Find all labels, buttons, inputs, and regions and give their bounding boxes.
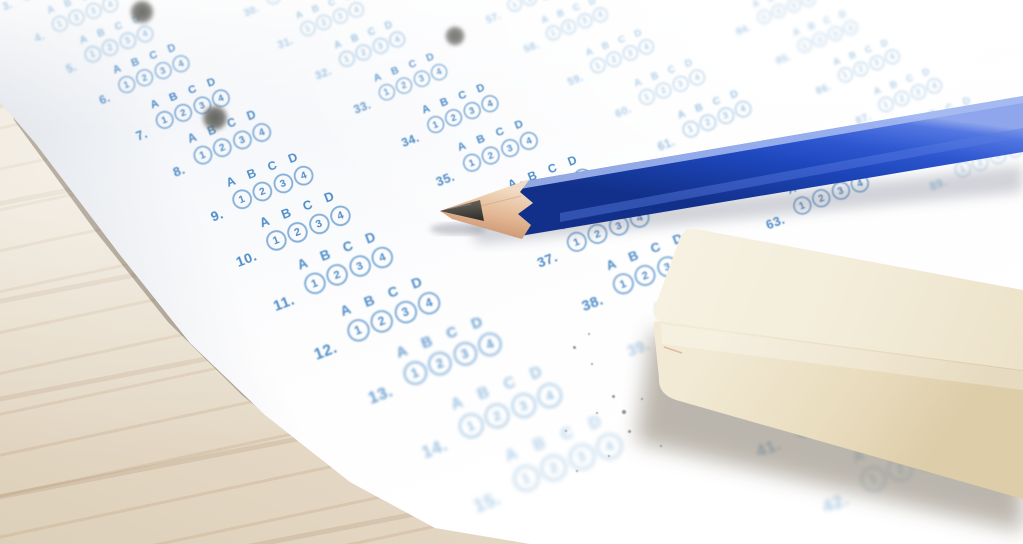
option-bubble-3: 3 [370,36,391,57]
option-letter-B: B [435,94,453,111]
option-bubble-4: 4 [134,23,156,45]
option-letter-C: C [941,100,957,115]
question-number: 13. [366,383,396,409]
paper-edge-shading [0,0,1023,544]
question-number: 88. [891,141,911,159]
option-letter-C: C [183,81,201,98]
option-bubble-4: 4 [250,120,274,144]
option-bubble-2: 2 [133,66,156,89]
option-bubble-1: 1 [656,314,685,343]
eraser-crumb-speck [588,333,590,335]
question-row-8: 8.ABCD1234 [152,85,314,190]
option-bubble-1: 1 [790,194,814,218]
option-letter-A: A [600,255,621,275]
option-bubble-3: 3 [411,68,433,90]
option-bubble-3: 3 [908,82,928,102]
question-row-89: 89.ABCD1234 [918,107,1023,201]
question-number: 38. [579,292,606,315]
option-letter-C: C [663,62,679,77]
question-number: 39. [625,337,653,361]
option-letter-D: D [283,148,303,167]
option-letter-B: B [386,62,403,78]
option-bubble-4: 4 [726,287,755,316]
option-letter-B: B [553,6,568,20]
option-bubble-1: 1 [636,87,657,108]
option-bubble-4: 4 [592,429,626,463]
question-number: 30. [242,3,261,19]
option-letter-C: C [693,279,716,300]
option-letter-A: A [452,138,470,155]
option-letter-D: D [380,17,396,32]
option-letter-D: D [242,106,261,124]
option-bubble-1: 1 [835,65,855,85]
question-row-12: 12.ABCD1234 [298,247,493,373]
option-letter-A: A [845,443,871,468]
question-number: 61. [656,136,677,154]
option-letter-B: B [59,0,75,10]
option-bubble-3: 3 [449,339,480,370]
option-letter-A: A [329,37,345,52]
option-letter-C: C [543,159,562,177]
option-letter-C: C [440,321,464,344]
option-letter-C: C [829,372,854,396]
option-letter-B: B [241,164,261,183]
eraser-crumb-speck [596,412,598,414]
question-number: 32. [313,65,333,83]
option-letter-A: A [749,0,763,11]
option-letter-A: A [503,175,522,193]
option-letter-B: B [802,173,821,191]
option-letter-A: A [292,254,314,275]
option-letter-A: A [537,12,552,26]
option-bubble-2: 2 [769,2,787,20]
option-bubble-2: 2 [479,144,503,168]
option-bubble-3: 3 [910,441,944,475]
option-bubble-4: 4 [627,205,653,231]
option-letter-A: A [581,44,597,59]
option-letter-A: A [829,54,844,68]
question-number: 10. [234,249,260,271]
option-letter-D: D [618,190,638,209]
eraser-crumb-speck [660,445,662,447]
option-bubble-3: 3 [507,390,540,423]
option-bubble-1: 1 [788,410,820,442]
question-number: 6. [91,91,113,110]
option-letter-D: D [667,229,688,249]
option-letter-B: B [623,246,644,266]
option-bubble-3: 3 [948,112,969,133]
option-letter-C: C [597,198,617,217]
option-bubble-2: 2 [66,7,87,28]
option-letter-A: A [334,299,357,321]
question-row-15: 15.ABCD1234 [455,380,684,529]
option-bubble-3: 3 [867,53,887,73]
question-row-87: 87.ABCD1234 [844,47,977,134]
option-bubble-4: 4 [533,379,566,412]
option-bubble-4: 4 [517,129,541,153]
option-letter-D: D [510,116,528,133]
option-bubble-1: 1 [460,151,484,175]
option-letter-D: D [927,412,953,437]
question-number: 63. [764,213,787,233]
option-bubble-4: 4 [591,5,611,25]
option-bubble-3: 3 [670,74,691,95]
option-bubble-4: 4 [414,289,443,318]
eraser-crumb-speck [573,346,576,349]
option-letter-C: C [820,13,835,27]
question-number: 87. [854,111,873,128]
option-bubble-2: 2 [481,400,514,433]
option-bubble-3: 3 [83,1,104,22]
question-row-86: 86.ABCD1234 [805,19,935,103]
option-bubble-2: 2 [892,88,912,108]
option-letter-D: D [584,0,599,8]
option-letter-D: D [717,270,740,291]
question-number: 57. [484,10,502,26]
option-bubble-1: 1 [563,229,589,255]
option-bubble-2: 2 [99,37,121,59]
option-bubble-1: 1 [914,125,935,146]
option-letter-B: B [764,0,778,5]
option-letter-A: A [869,83,885,98]
question-number: 36. [484,208,508,229]
question-number: 59. [566,72,585,89]
option-bubble-1: 1 [229,187,255,213]
question-row-35: 35.ABCD1234 [423,95,580,197]
eraser-crumb-speck [622,410,626,414]
question-number: 35. [434,170,457,190]
option-letter-D: D [630,25,646,40]
option-bubble-2: 2 [584,221,610,247]
option-letter-D: D [202,73,220,90]
eraser-crumb-speck [862,447,864,449]
question-number: 58. [522,39,541,55]
option-letter-C: C [490,123,508,140]
overexposure-top-right [0,0,1023,544]
option-bubble-2: 2 [442,106,465,129]
eraser-crumb-speck [835,440,838,443]
option-letter-A: A [369,69,386,85]
option-letter-B: B [576,206,596,225]
option-letter-A: A [108,61,126,78]
option-letter-C: C [980,133,997,149]
option-bubble-4: 4 [865,380,897,412]
option-bubble-2: 2 [393,75,415,97]
eraser-crumb-speck [628,430,631,433]
option-bubble-4: 4 [100,0,121,15]
option-bubble-2: 2 [679,305,708,334]
option-bubble-3: 3 [461,99,484,122]
question-row-63: 63.ABCD1234 [753,137,912,240]
question-row-34: 34.ABCD1234 [389,60,539,157]
question-row-60: 60.ABCD1234 [604,37,743,127]
option-bubble-1: 1 [336,49,357,70]
option-bubble-1: 1 [190,143,214,167]
option-bubble-1: 1 [263,227,290,254]
option-bubble-1: 1 [509,461,543,495]
question-number: 12. [311,339,339,364]
option-bubble-2: 2 [697,112,719,134]
option-letter-A: A [673,106,690,122]
eraser-crumb-speck [565,430,567,432]
option-bubble-1: 1 [609,270,636,297]
option-letter-C: C [821,165,840,183]
option-letter-C: C [497,371,522,395]
option-letter-B: B [276,204,297,224]
option-letter-A: A [42,2,58,17]
option-bubble-4: 4 [1004,138,1023,160]
overexposure-right [0,0,1023,544]
question-row-42: 42.ABCD1234 [804,383,1023,528]
option-bubble-3: 3 [330,6,350,26]
option-bubble-3: 3 [550,173,575,198]
option-bubble-3: 3 [715,105,737,127]
question-number: 60. [613,103,633,121]
question-number: 84. [734,22,752,38]
option-bubble-2: 2 [424,348,455,379]
option-letter-B: B [346,30,362,45]
option-letter-B: B [804,19,819,33]
option-bubble-4: 4 [965,105,986,126]
option-letter-D: D [421,49,438,65]
option-bubble-1: 1 [399,358,430,389]
option-letter-C: C [645,237,666,257]
option-bubble-2: 2 [279,0,299,1]
eraser-crumb-speck [612,395,615,398]
option-letter-B: B [202,121,221,139]
option-bubble-3: 3 [306,211,333,238]
option-bubble-1: 1 [755,8,773,26]
option-letter-B: B [523,167,542,185]
question-row-10: 10.ABCD1234 [221,165,398,280]
option-bubble-2: 2 [530,181,555,206]
option-letter-C: C [708,93,725,109]
option-letter-B: B [670,288,693,309]
option-letter-A: A [75,31,92,47]
option-letter-B: B [307,1,323,16]
option-letter-D: D [562,152,581,170]
option-letter-C: C [222,114,241,132]
option-bubble-1: 1 [376,81,398,103]
question-number: 4. [26,30,46,48]
option-bubble-1: 1 [510,189,535,214]
option-bubble-3: 3 [703,296,732,325]
option-letter-C: C [453,87,471,104]
option-letter-D: D [581,409,608,435]
option-letter-B: B [646,68,662,83]
option-bubble-4: 4 [924,76,944,96]
option-letter-D: D [127,11,144,27]
option-bubble-3: 3 [536,0,555,2]
option-letter-C: C [262,156,282,175]
option-bubble-3: 3 [152,59,175,82]
option-letter-C: C [569,0,584,14]
option-letter-B: B [885,77,901,92]
option-letter-A: A [907,113,923,128]
option-letter-D: D [340,0,356,3]
option-letter-A: A [389,340,413,363]
option-bubble-1: 1 [115,73,138,96]
option-letter-D: D [465,311,489,334]
option-bubble-3: 3 [270,171,296,197]
option-letter-C: C [614,32,630,47]
option-letter-C: C [363,24,379,39]
option-bubble-3: 3 [346,252,374,280]
question-row-13: 13.ABCD1234 [351,285,556,418]
option-letter-A: A [221,172,241,191]
option-bubble-4: 4 [346,0,366,20]
question-row-58: 58.ABCD1234 [513,0,643,61]
option-bubble-2: 2 [814,400,846,432]
question-row-38: 38.ABCD1234 [567,206,749,324]
option-letter-A: A [629,75,645,90]
option-bubble-4: 4 [479,92,502,115]
question-row-36: 36.ABCD1234 [472,130,636,236]
option-bubble-4: 4 [636,37,656,57]
question-row-30: 30.ABCD1234 [233,0,363,25]
option-letter-B: B [414,330,438,353]
option-letter-C: C [553,420,580,446]
question-row-88: 88.ABCD1234 [882,75,1021,165]
option-letter-B: B [962,139,979,155]
option-bubble-2: 2 [323,261,351,289]
option-bubble-2: 2 [883,452,917,486]
option-letter-D: D [725,86,742,102]
option-bubble-4: 4 [428,61,450,83]
option-letter-A: A [291,7,307,22]
option-bubble-4: 4 [291,163,317,189]
option-letter-B: B [924,106,940,121]
option-letter-B: B [690,99,707,115]
question-number: 15. [471,489,504,518]
option-bubble-2: 2 [653,80,674,101]
option-bubble-1: 1 [301,270,329,298]
option-bubble-4: 4 [209,87,232,110]
option-letter-D: D [680,55,696,70]
question-number: 41. [753,435,784,462]
option-bubble-2: 2 [536,451,570,485]
option-letter-B: B [471,130,489,147]
option-letter-C: C [76,0,92,4]
option-bubble-1: 1 [17,0,37,3]
option-bubble-1: 1 [856,462,890,496]
option-letter-D: D [319,187,340,207]
question-number: 31. [276,35,295,52]
option-bubble-3: 3 [564,440,598,474]
option-letter-C: C [404,56,421,72]
question-number: 8. [164,163,188,184]
option-bubble-4: 4 [841,18,860,37]
option-letter-A: A [254,212,275,232]
option-letter-A: A [945,146,962,162]
option-letter-A: A [417,101,435,118]
option-bubble-2: 2 [851,59,871,79]
question-row-32: 32.ABCD1234 [304,0,443,89]
option-bubble-1: 1 [680,118,702,140]
question-number: 37. [535,250,560,272]
option-bubble-1: 1 [505,0,524,14]
question-number: 89. [928,176,949,194]
option-bubble-4: 4 [799,0,817,9]
option-bubble-3: 3 [839,390,871,422]
option-bubble-1: 1 [82,43,104,65]
option-bubble-3: 3 [653,253,680,280]
option-letter-D: D [835,7,850,21]
option-bubble-2: 2 [931,118,952,139]
question-row-11: 11.ABCD1234 [257,204,443,324]
option-bubble-4: 4 [570,166,595,191]
question-row-33: 33.ABCD1234 [342,30,486,124]
option-bubble-3: 3 [987,145,1009,167]
option-letter-A: A [444,391,469,415]
option-bubble-3: 3 [605,213,631,239]
option-letter-A: A [789,25,804,39]
option-bubble-4: 4 [938,431,972,465]
option-letter-D: D [472,80,490,97]
question-row-59: 59.ABCD1234 [556,8,689,95]
option-letter-B: B [525,431,552,457]
question-number: 33. [352,99,373,117]
answer-sheet: 3.ABCD12344.ABCD12345.ABCD12346.ABCD1234… [0,0,1023,544]
option-bubble-2: 2 [604,49,624,69]
photo-answer-sheet-scene: Close-up photo of a blue multiple-choice… [0,0,1023,544]
question-row-7: 7.ABCD1234 [116,53,271,154]
option-letter-B: B [126,54,144,71]
question-row-4: 4.ABCD1234 [17,0,156,54]
option-bubble-1: 1 [588,56,608,76]
option-bubble-2: 2 [559,17,579,37]
option-bubble-2: 2 [284,219,311,246]
option-bubble-3: 3 [575,11,595,31]
option-bubble-3: 3 [117,30,139,52]
option-bubble-2: 2 [367,307,396,336]
option-letter-B: B [470,381,495,405]
option-letter-A: A [498,442,525,468]
option-letter-B: B [803,382,828,406]
option-letter-A: A [782,180,801,198]
question-number: 3. [0,0,14,15]
option-letter-D: D [840,158,859,176]
option-bubble-2: 2 [314,12,334,32]
option-letter-D: D [855,362,880,386]
question-number: 9. [201,207,226,228]
option-letter-B: B [845,48,860,62]
option-bubble-1: 1 [49,14,70,35]
question-row-41: 41.ABCD1234 [739,335,950,472]
graphite-smudge [444,25,466,47]
option-bubble-3: 3 [391,298,420,327]
question-row-84: 84.ABCD1234 [726,0,849,44]
option-bubble-1: 1 [298,19,318,39]
question-number: 85. [774,51,792,67]
eraser-crumb-speck [591,363,593,365]
option-letter-A: A [182,129,201,147]
eraser-crumb-speck [641,398,643,400]
overexposure-top [0,0,1023,544]
question-number: 42. [819,489,852,517]
option-letter-C: C [902,71,918,86]
question-number: 11. [270,292,297,316]
question-row-31: 31.ABCD1234 [266,0,399,58]
option-bubble-1: 1 [952,158,974,180]
option-bubble-4: 4 [732,98,754,120]
option-bubble-2: 2 [520,0,539,8]
option-letter-D: D [918,64,934,79]
option-bubble-2: 2 [810,30,829,49]
question-number: 34. [400,131,422,150]
option-letter-C: C [381,281,404,303]
eraser-crumb-speck [608,455,610,457]
